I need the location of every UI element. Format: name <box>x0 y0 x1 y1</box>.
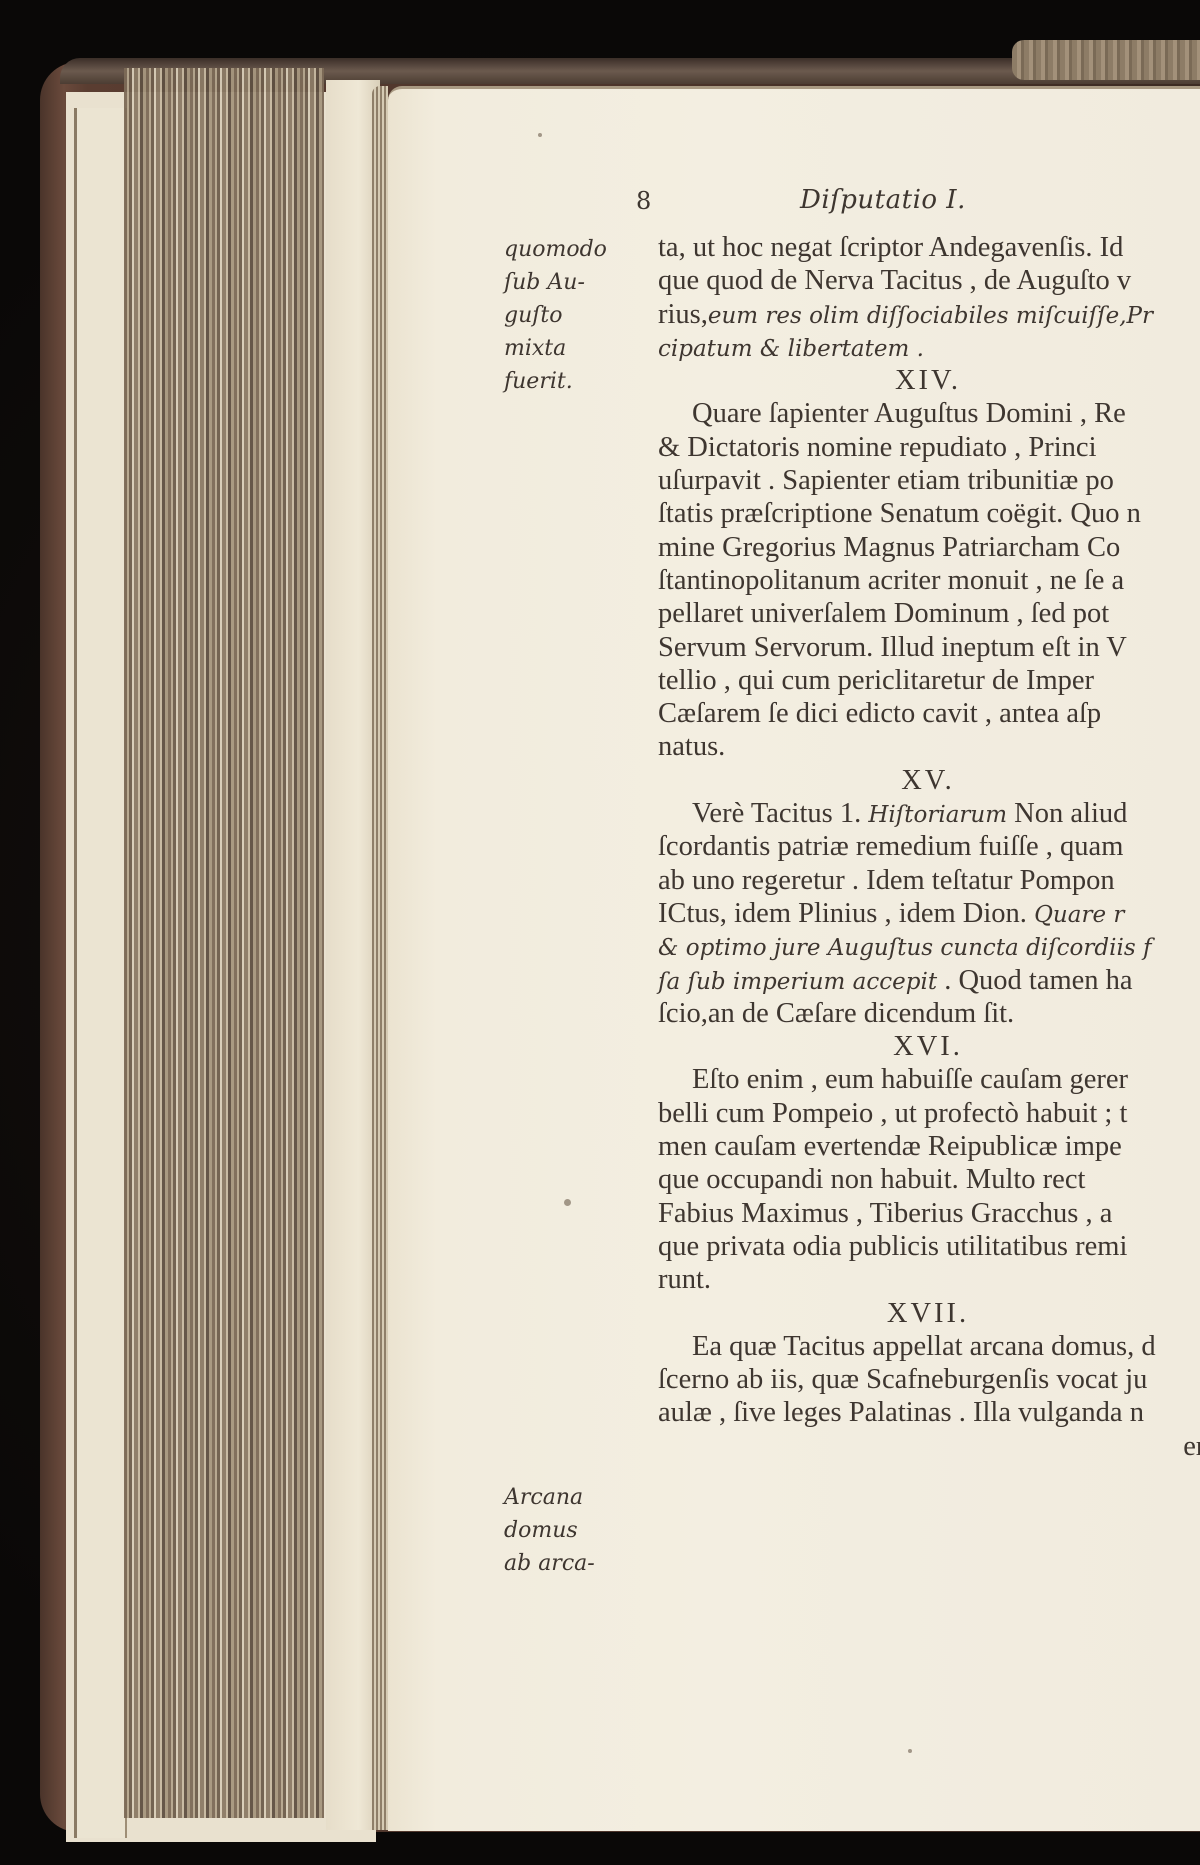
paper-speck <box>564 1199 571 1206</box>
text-segment: belli cum Pompeio , ut profectò habuit ;… <box>658 1098 1127 1129</box>
italic-segment: cipatum & libertatem . <box>658 336 924 362</box>
text-line: ſcio,an de Cæſare dicendum ſit. <box>658 997 1200 1030</box>
flyleaf <box>74 108 127 1838</box>
page-number: 8 <box>636 187 651 215</box>
text-line: Cæſarem ſe dici edicto cavit , antea aſp <box>658 697 1200 730</box>
italic-segment: Hiſtoriarum <box>868 802 1007 828</box>
text-segment: aulæ , ſive leges Palatinas . Illa vulga… <box>658 1397 1144 1428</box>
margin-note-line: domus <box>504 1514 624 1547</box>
text-segment: men cauſam evertendæ Reipublicæ impe <box>658 1131 1122 1162</box>
text-segment: mine Gregorius Magnus Patriarcham Co <box>658 532 1120 563</box>
text-segment: que quod de Nerva Tacitus , de Auguſto v <box>658 265 1131 296</box>
text-line: tellio , qui cum periclitaretur de Imper <box>658 664 1200 697</box>
text-segment: ſtantinopolitanum acriter monuit , ne ſe… <box>658 565 1124 596</box>
section-numeral: XVI. <box>658 1030 1198 1063</box>
text-segment: Cæſarem ſe dici edicto cavit , antea aſp <box>658 698 1101 729</box>
paper-speck <box>538 133 542 137</box>
text-segment: pellaret univerſalem Dominum , ſed pot <box>658 598 1109 629</box>
text-line: natus. <box>658 730 1200 763</box>
leaf-stack <box>124 68 324 1818</box>
text-line: que privata odia publicis utilitatibus r… <box>658 1230 1200 1263</box>
text-segment: tellio , qui cum periclitaretur de Imper <box>658 665 1094 696</box>
text-segment: Ea quæ Tacitus appellat arcana domus, d <box>692 1331 1156 1362</box>
margin-note: Arcanadomusab arca- <box>504 1481 624 1580</box>
margin-note-line: Arcana <box>504 1481 624 1514</box>
margin-note-line: ab arca- <box>504 1547 624 1580</box>
text-segment: Eſto enim , eum habuiſſe cauſam gerer <box>692 1064 1128 1095</box>
text-line: rius,eum res olim diſſociabiles miſcuiſſ… <box>658 298 1200 331</box>
text-line: Fabius Maximus , Tiberius Gracchus , a <box>658 1197 1200 1230</box>
text-segment: ta, ut hoc negat ſcriptor Andegavenſis. … <box>658 232 1123 263</box>
text-line: Servum Servorum. Illud ineptum eſt in V <box>658 631 1200 664</box>
text-line: aulæ , ſive leges Palatinas . Illa vulga… <box>658 1396 1200 1429</box>
margin-note-line: ſub Au- <box>504 266 624 299</box>
catchword: era <box>658 1430 1200 1463</box>
margin-note: quomodoſub Au-guſtomixtafuerit. <box>504 233 624 398</box>
text-line: Eſto enim , eum habuiſſe cauſam gerer <box>658 1063 1200 1096</box>
italic-segment: eum res olim diſſociabiles miſcuiſſe,Pr <box>708 303 1153 329</box>
italic-segment: Quare r <box>1034 902 1124 928</box>
text-segment: ſcordantis patriæ remedium fuiſſe , quam <box>658 831 1123 862</box>
section-numeral: XIV. <box>658 364 1198 397</box>
text-segment: Quare ſapienter Auguſtus Domini , Re <box>692 398 1126 429</box>
text-line: Verè Tacitus 1. Hiſtoriarum Non aliud <box>658 797 1200 830</box>
text-segment: Verè Tacitus 1. <box>692 798 868 829</box>
text-segment: uſurpavit . Sapienter etiam tribunitiæ p… <box>658 465 1114 496</box>
text-line: ſcerno ab iis, quæ Scafneburgenſis vocat… <box>658 1363 1200 1396</box>
text-line: Quare ſapienter Auguſtus Domini , Re <box>658 397 1200 430</box>
text-segment: que privata odia publicis utilitatibus r… <box>658 1231 1127 1262</box>
text-line: runt. <box>658 1263 1200 1296</box>
section-numeral: XV. <box>658 764 1198 797</box>
italic-segment: ſa ſub imperium accepit <box>658 969 937 995</box>
text-segment: . Quod tamen ha <box>937 965 1133 996</box>
text-line: ICtus, idem Plinius , idem Dion. Quare r <box>658 897 1200 930</box>
text-line: & optimo jure Auguſtus cuncta diſcordiis… <box>658 930 1200 963</box>
text-line: ta, ut hoc negat ſcriptor Andegavenſis. … <box>658 231 1200 264</box>
text-line: & Dictatoris nomine repudiato , Princi <box>658 431 1200 464</box>
text-segment: ſtatis præſcriptione Senatum coëgit. Quo… <box>658 498 1141 529</box>
running-title: Diſputatio I. <box>800 185 966 215</box>
text-line: pellaret univerſalem Dominum , ſed pot <box>658 597 1200 630</box>
text-segment: Non aliud <box>1007 798 1127 829</box>
text-line: uſurpavit . Sapienter etiam tribunitiæ p… <box>658 464 1200 497</box>
margin-note-line: mixta <box>504 332 624 365</box>
book-page: 8 Diſputatio I. quomodoſub Au-guſtomixta… <box>388 86 1200 1831</box>
text-segment: ſcio,an de Cæſare dicendum ſit. <box>658 998 1014 1029</box>
text-line: cipatum & libertatem . <box>658 331 1200 364</box>
text-line: ſcordantis patriæ remedium fuiſſe , quam <box>658 830 1200 863</box>
margin-note-line: guſto <box>504 299 624 332</box>
headband <box>1012 40 1200 80</box>
margin-note-line: fuerit. <box>504 365 624 398</box>
text-segment: que occupandi non habuit. Multo rect <box>658 1164 1085 1195</box>
margin-note-line: quomodo <box>504 233 624 266</box>
text-line: que quod de Nerva Tacitus , de Auguſto v <box>658 264 1200 297</box>
paper-speck <box>908 1749 912 1753</box>
italic-segment: & optimo jure Auguſtus cuncta diſcordiis… <box>658 935 1151 961</box>
gutter-edge <box>372 86 388 1830</box>
text-segment: natus. <box>658 731 725 762</box>
text-segment: ICtus, idem Plinius , idem Dion. <box>658 898 1034 929</box>
text-line: ab uno regeretur . Idem teſtatur Pompon <box>658 864 1200 897</box>
text-line: ſtatis præſcriptione Senatum coëgit. Quo… <box>658 497 1200 530</box>
body-text: ta, ut hoc negat ſcriptor Andegavenſis. … <box>658 231 1200 1463</box>
text-segment: runt. <box>658 1264 711 1295</box>
text-line: belli cum Pompeio , ut profectò habuit ;… <box>658 1097 1200 1130</box>
running-head: 8 Diſputatio I. <box>388 187 1200 227</box>
text-segment: & Dictatoris nomine repudiato , Princi <box>658 432 1097 463</box>
text-line: ſtantinopolitanum acriter monuit , ne ſe… <box>658 564 1200 597</box>
text-segment: Fabius Maximus , Tiberius Gracchus , a <box>658 1198 1112 1229</box>
text-segment: Servum Servorum. Illud ineptum eſt in V <box>658 632 1127 663</box>
text-segment: ab uno regeretur . Idem teſtatur Pompon <box>658 865 1115 896</box>
section-numeral: XVII. <box>658 1297 1198 1330</box>
text-line: ſa ſub imperium accepit . Quod tamen ha <box>658 964 1200 997</box>
text-segment: ſcerno ab iis, quæ Scafneburgenſis vocat… <box>658 1364 1147 1395</box>
text-line: Ea quæ Tacitus appellat arcana domus, d <box>658 1330 1200 1363</box>
text-segment: rius, <box>658 299 708 330</box>
text-line: que occupandi non habuit. Multo rect <box>658 1163 1200 1196</box>
text-line: men cauſam evertendæ Reipublicæ impe <box>658 1130 1200 1163</box>
text-line: mine Gregorius Magnus Patriarcham Co <box>658 531 1200 564</box>
